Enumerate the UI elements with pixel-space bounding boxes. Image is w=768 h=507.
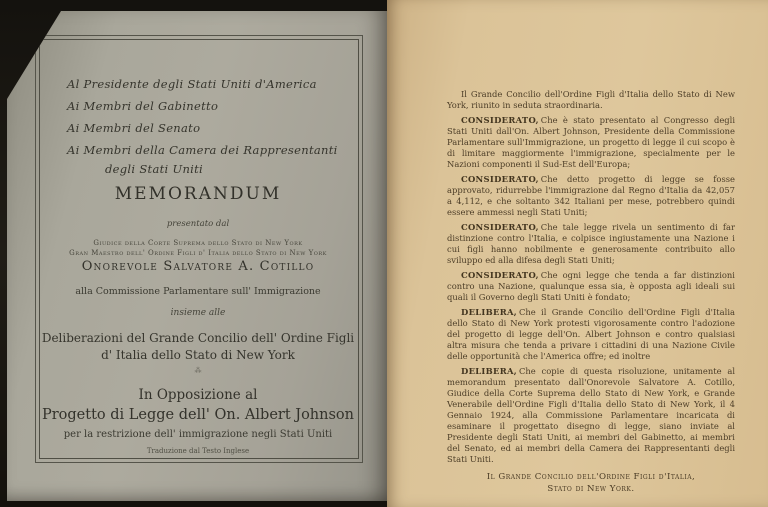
deliberations-line: Deliberazioni del Grande Concilio dell' …: [35, 330, 361, 347]
cover-page: Al Presidente degli Stati Uniti d'Americ…: [7, 11, 387, 501]
resolution-intro: Il Grande Concilio dell'Ordine Figli d'I…: [447, 89, 735, 111]
signature-line: Il Grande Concilio dell'Ordine Figli d'I…: [447, 471, 735, 483]
signature-line: Stato di New York.: [447, 483, 735, 495]
address-line: Ai Membri del Gabinetto: [67, 95, 361, 117]
author-role-line: Gran Maestro dell' Ordine Figli d' Itali…: [35, 248, 361, 258]
address-line: Ai Membri della Camera dei Rappresentant…: [67, 139, 361, 161]
address-line-continuation: degli Stati Uniti: [67, 161, 361, 178]
resolution-paragraph: CONSIDERATO,Che è stato presentato al Co…: [447, 115, 735, 170]
translation-note: Traduzione dal Testo Inglese: [35, 447, 361, 455]
paragraph-body: Che copie di questa risoluzione, unitame…: [447, 366, 735, 464]
commission-line: alla Commissione Parlamentare sull' Immi…: [35, 286, 361, 297]
resolution-paragraph: CONSIDERATO,Che ogni legge che tenda a f…: [447, 270, 735, 303]
cover-background: Al Presidente degli Stati Uniti d'Americ…: [0, 0, 387, 507]
address-block: Al Presidente degli Stati Uniti d'Americ…: [35, 73, 361, 178]
cover-title: MEMORANDUM: [35, 184, 361, 204]
opposition-line-1: In Opposizione al: [35, 387, 361, 403]
asterism-ornament-icon: ⁂: [35, 367, 361, 375]
signature-block: Il Grande Concilio dell'Ordine Figli d'I…: [447, 471, 735, 495]
paragraph-lead: CONSIDERATO,: [461, 270, 539, 280]
cover-content: Al Presidente degli Stati Uniti d'Americ…: [35, 35, 361, 461]
opposition-line-3: per la restrizione dell' immigrazione ne…: [35, 429, 361, 440]
address-line: Al Presidente degli Stati Uniti d'Americ…: [67, 73, 361, 95]
presented-by-label: presentato dal: [35, 219, 361, 229]
deliberations-line: d' Italia dello Stato di New York: [35, 347, 361, 364]
together-with-label: insieme alle: [35, 308, 361, 318]
resolution-paragraph: CONSIDERATO,Che detto progetto di legge …: [447, 174, 735, 218]
paragraph-lead: CONSIDERATO,: [461, 115, 539, 125]
paragraph-lead: DELIBERA,: [461, 366, 517, 376]
paragraph-lead: CONSIDERATO,: [461, 174, 539, 184]
opposition-line-2: Progetto di Legge dell' On. Albert Johns…: [35, 407, 361, 423]
resolution-page: Il Grande Concilio dell'Ordine Figli d'I…: [387, 0, 768, 507]
resolution-paragraph: DELIBERA,Che copie di questa risoluzione…: [447, 366, 735, 465]
deliberations-title: Deliberazioni del Grande Concilio dell' …: [35, 330, 361, 364]
address-line: Ai Membri del Senato: [67, 117, 361, 139]
book-photo: Al Presidente degli Stati Uniti d'Americ…: [0, 0, 768, 507]
resolution-paragraph: CONSIDERATO,Che tale legge rivela un sen…: [447, 222, 735, 266]
author-roles: Giudice della Corte Suprema dello Stato …: [35, 238, 361, 258]
author-role-line: Giudice della Corte Suprema dello Stato …: [35, 238, 361, 248]
resolution-paragraph: DELIBERA,Che il Grande Concilio dell'Ord…: [447, 307, 735, 362]
paragraph-lead: DELIBERA,: [461, 307, 517, 317]
author-name: Onorevole Salvatore A. Cotillo: [35, 259, 361, 274]
resolution-text: Il Grande Concilio dell'Ordine Figli d'I…: [447, 89, 735, 495]
paragraph-lead: CONSIDERATO,: [461, 222, 539, 232]
